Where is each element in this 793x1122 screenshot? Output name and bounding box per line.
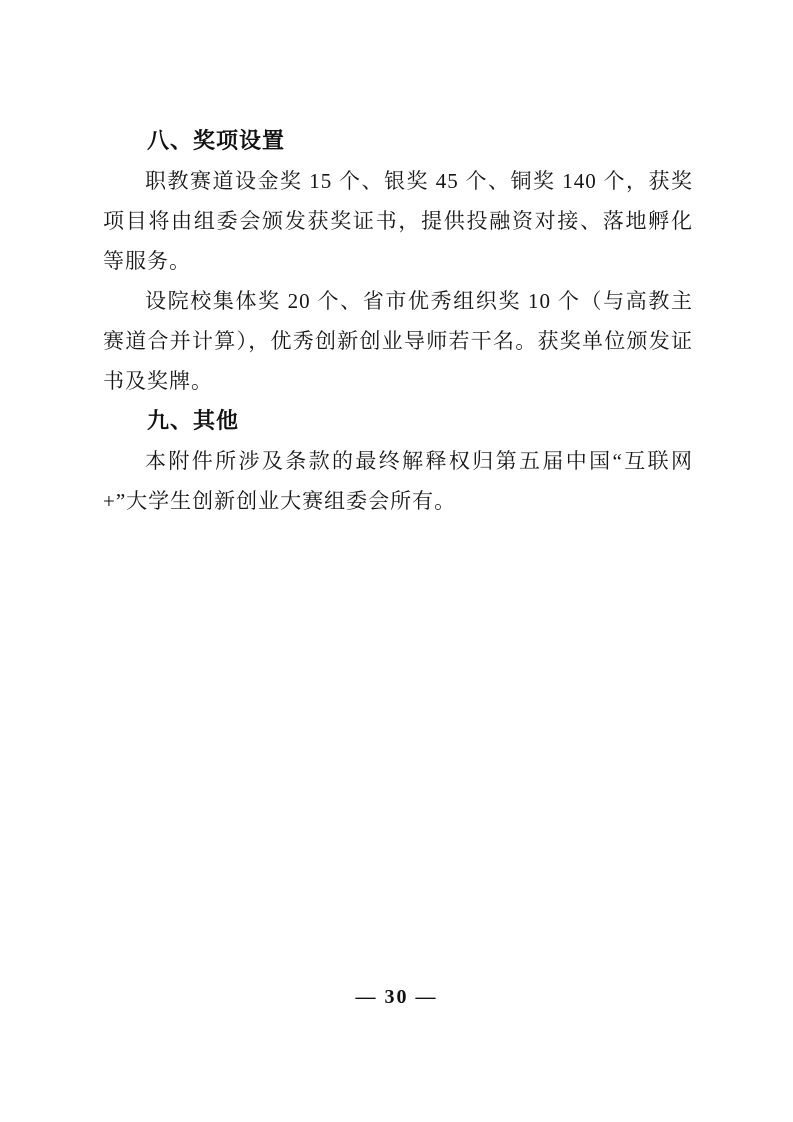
paragraph-other-1: 本附件所涉及条款的最终解释权归第五届中国“互联网+”大学生创新创业大赛组委会所有…	[103, 441, 693, 521]
paragraph-awards-2: 设院校集体奖 20 个、省市优秀组织奖 10 个（与高教主赛道合并计算），优秀创…	[103, 281, 693, 401]
section-heading-other: 九、其他	[103, 401, 693, 441]
paragraph-awards-1: 职教赛道设金奖 15 个、银奖 45 个、铜奖 140 个，获奖项目将由组委会颁…	[103, 161, 693, 281]
document-page: 八、奖项设置 职教赛道设金奖 15 个、银奖 45 个、铜奖 140 个，获奖项…	[0, 0, 793, 1122]
section-heading-awards: 八、奖项设置	[103, 121, 693, 161]
document-body: 八、奖项设置 职教赛道设金奖 15 个、银奖 45 个、铜奖 140 个，获奖项…	[103, 121, 693, 521]
page-number: — 30 —	[0, 986, 793, 1009]
